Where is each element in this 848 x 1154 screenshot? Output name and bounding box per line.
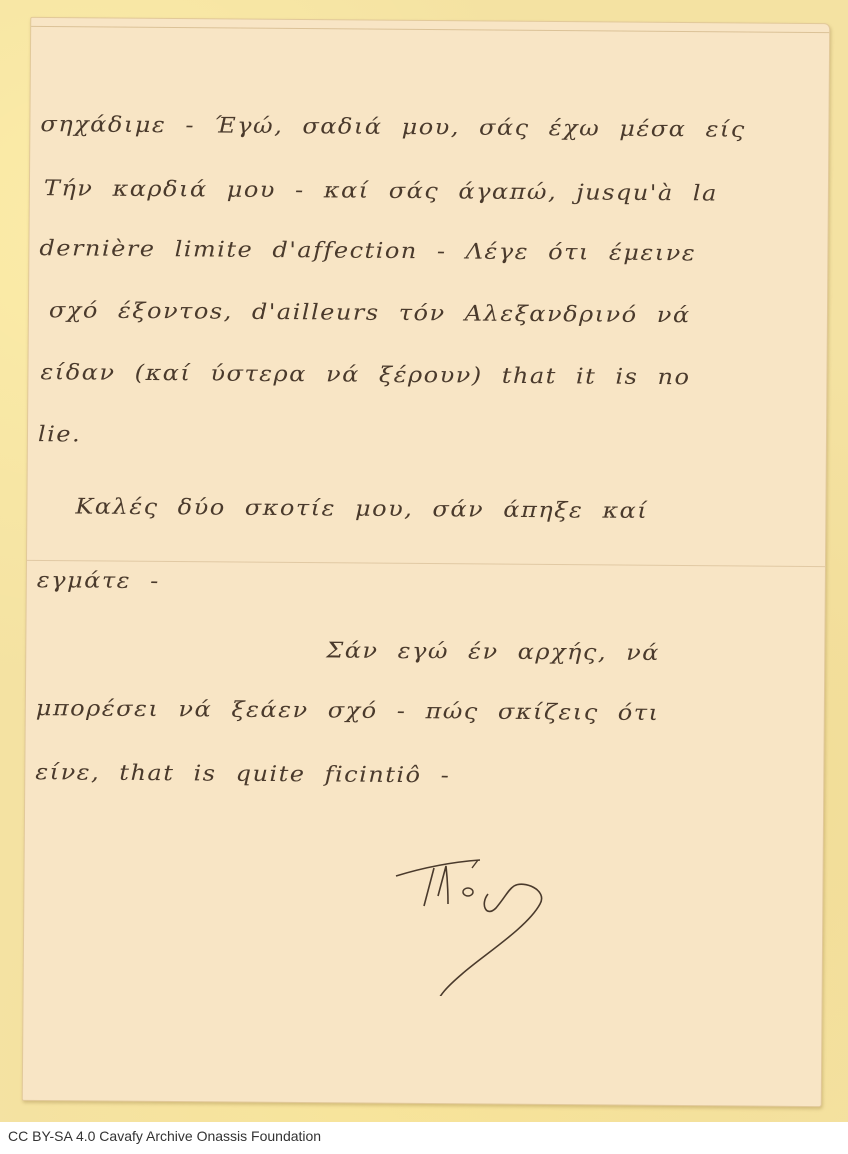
fold-line: [27, 560, 825, 567]
copyright-credit: CC BY-SA 4.0 Cavafy Archive Onassis Foun…: [8, 1128, 321, 1144]
handwritten-line-8: εγμάτε -: [37, 567, 160, 593]
handwritten-line-11: είνε, that is quite ficintiô -: [35, 759, 450, 787]
handwritten-line-2: Τήν καρδιά μου - καί σάς άγαπώ, jusqu'à …: [44, 175, 718, 205]
handwritten-line-10: μπορέσει νά ξεάεν σχό - πώς σκίζεις ότι: [36, 695, 660, 725]
handwritten-line-4: σχό έξοντοs, d'ailleurs τόν Αλεξανδρινό …: [49, 297, 691, 327]
scan-background: σηχάδιμε - Έγώ, σαδιά μου, σάς έχω μέσα …: [0, 0, 848, 1122]
handwritten-line-9: Σάν εγώ έν αρχής, νά: [326, 638, 660, 666]
handwritten-line-3: dernière limite d'affection - Λέγε ότι έ…: [39, 235, 696, 265]
handwritten-line-7: Καλές δύο σκοτίε μου, σάν άπηξε καί: [75, 494, 648, 524]
handwritten-line-6: lie.: [38, 421, 81, 447]
signature: Πόγη: [382, 846, 552, 996]
paper-top-edge: [31, 26, 829, 33]
handwritten-line-5: είδαν (καί ύστερα νά ξέρουν) that it is …: [40, 359, 690, 389]
handwritten-line-1: σηχάδιμε - Έγώ, σαδιά μου, σάς έχω μέσα …: [40, 111, 746, 142]
